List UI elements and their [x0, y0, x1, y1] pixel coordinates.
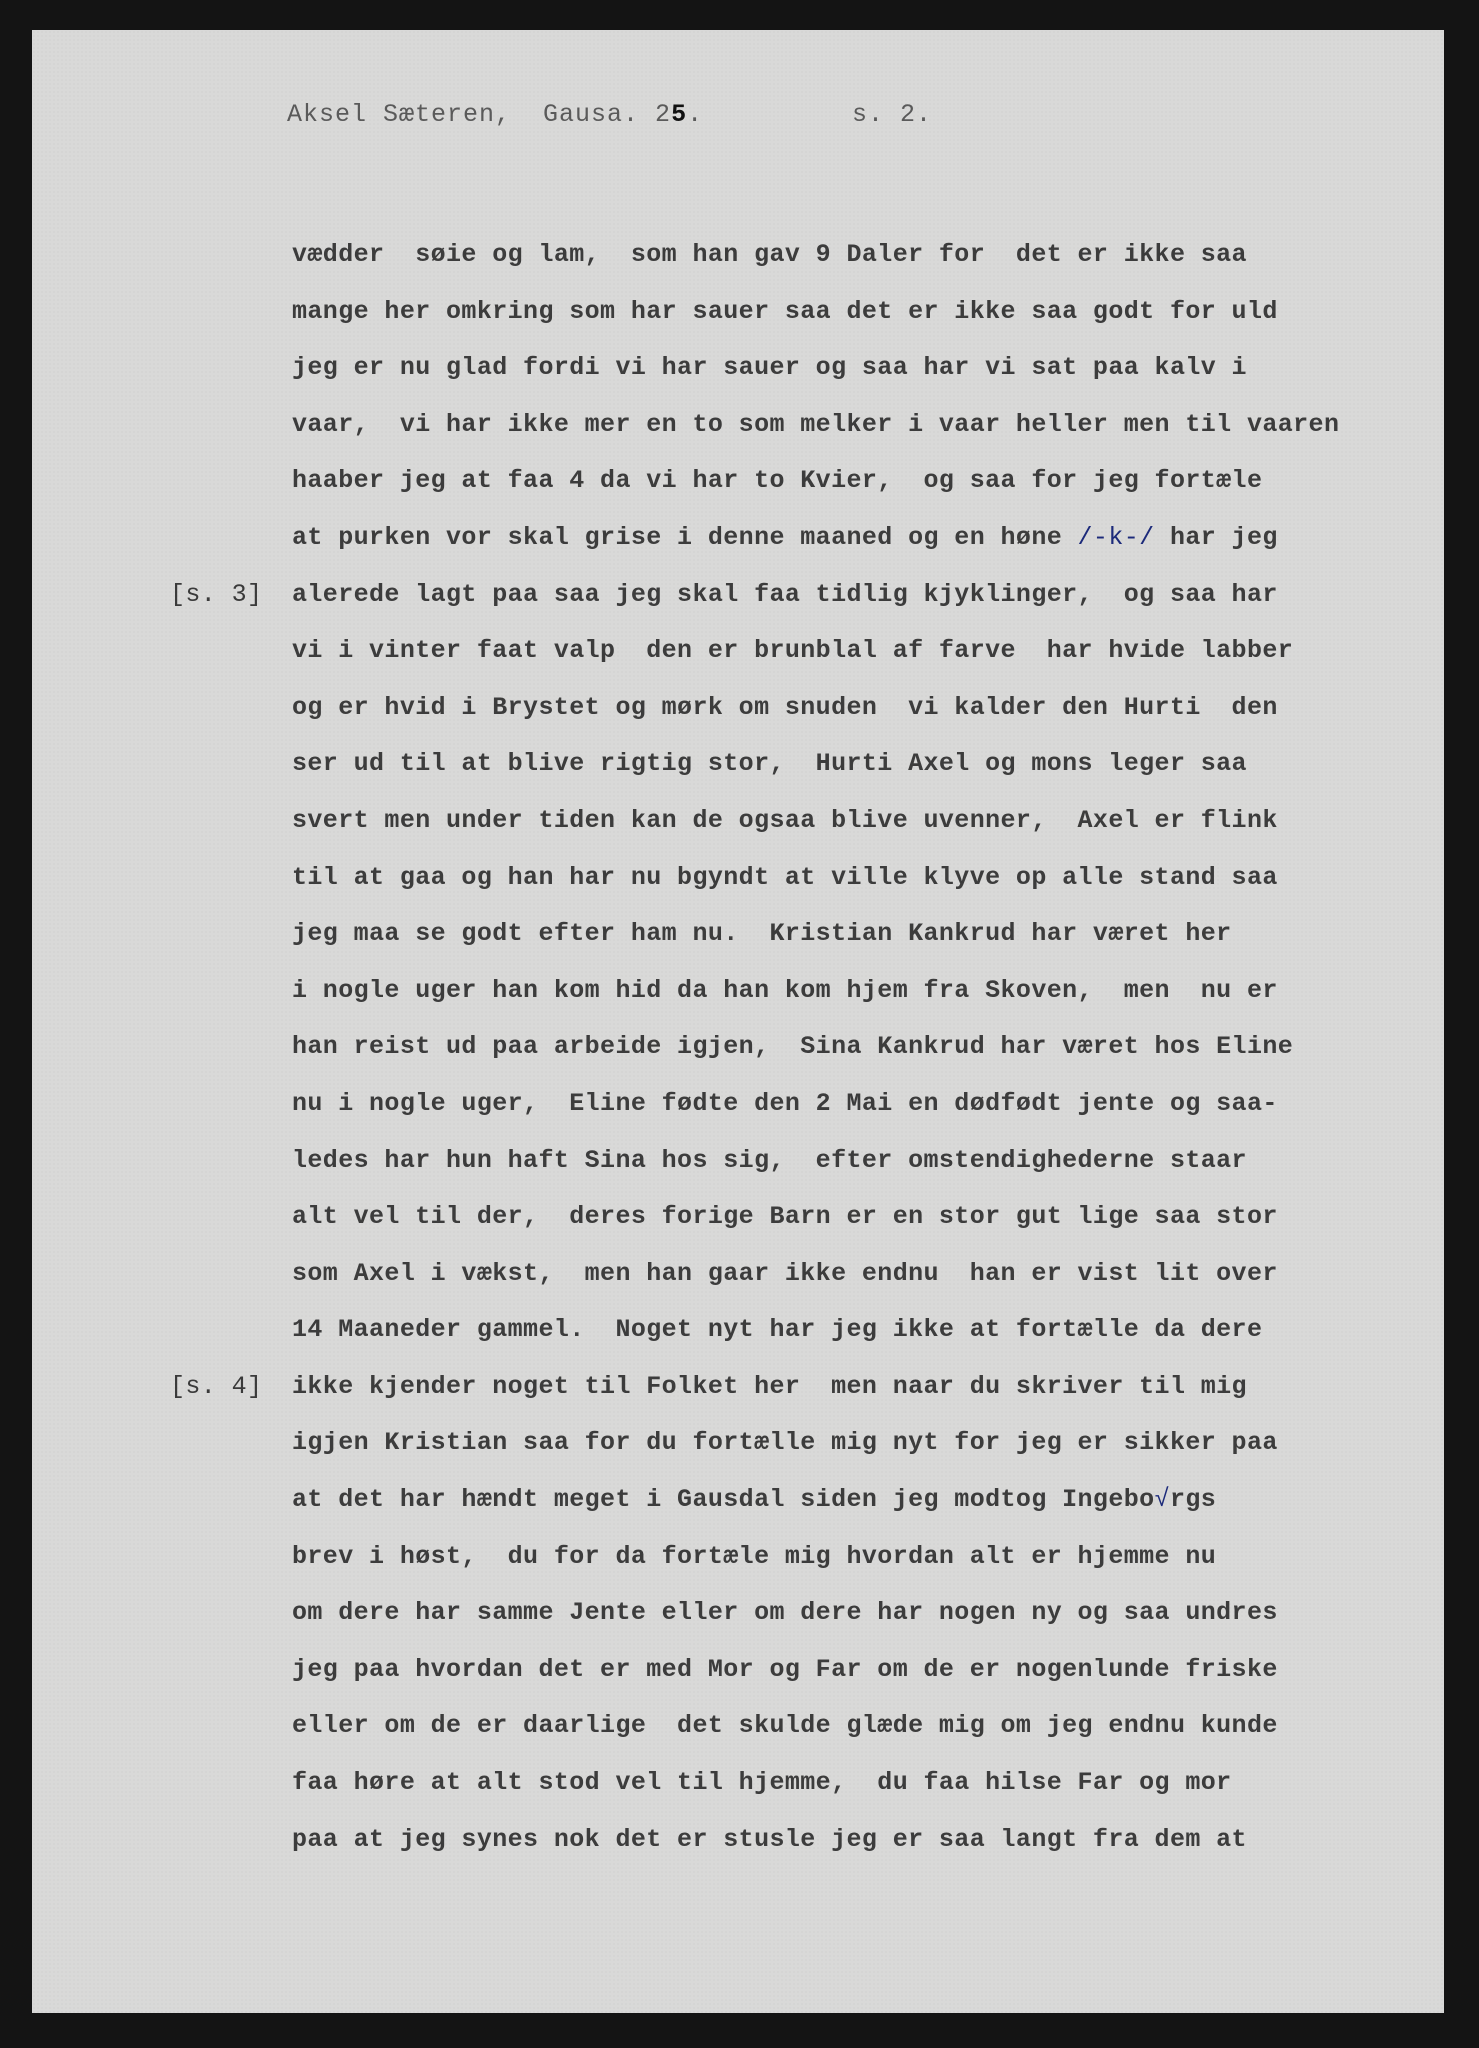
text-line: om dere har samme Jente eller om dere ha…	[292, 1596, 1472, 1653]
handwritten-number: 5	[671, 100, 687, 129]
line-text: alerede lagt paa saa jeg skal faa tidlig…	[292, 580, 1278, 609]
text-line: at purken vor skal grise i denne maaned …	[292, 521, 1472, 578]
line-text: eller om de er daarlige det skulde glæde…	[292, 1711, 1278, 1740]
text-line: jeg er nu glad fordi vi har sauer og saa…	[292, 351, 1472, 408]
line-text: at det har hændt meget i Gausdal siden j…	[292, 1485, 1155, 1514]
text-line: til at gaa og han har nu bgyndt at ville…	[292, 861, 1472, 918]
margin-page-note: [s. 3]	[170, 578, 262, 612]
line-text: om dere har samme Jente eller om dere ha…	[292, 1598, 1278, 1627]
line-text: nu i nogle uger, Eline fødte den 2 Mai e…	[292, 1089, 1278, 1118]
text-line: alt vel til der, deres forige Barn er en…	[292, 1200, 1472, 1257]
text-line: svert men under tiden kan de ogsaa blive…	[292, 804, 1472, 861]
line-text: mange her omkring som har sauer saa det …	[292, 297, 1278, 326]
line-text: vi i vinter faat valp den er brunblal af…	[292, 636, 1293, 665]
text-line: [s. 3]alerede lagt paa saa jeg skal faa …	[292, 578, 1472, 635]
handwritten-correction: √	[1155, 1485, 1170, 1514]
author-place: Aksel Sæteren, Gausa. 2	[287, 100, 671, 129]
line-text: jeg maa se godt efter ham nu. Kristian K…	[292, 919, 1232, 948]
text-line: mange her omkring som har sauer saa det …	[292, 295, 1472, 352]
text-line: ledes har hun haft Sina hos sig, efter o…	[292, 1144, 1472, 1201]
text-line: ser ud til at blive rigtig stor, Hurti A…	[292, 747, 1472, 804]
text-line: som Axel i vækst, men han gaar ikke endn…	[292, 1257, 1472, 1314]
document-page: Aksel Sæteren, Gausa. 25.s. 2. vædder sø…	[32, 30, 1444, 2013]
line-text: ledes har hun haft Sina hos sig, efter o…	[292, 1146, 1247, 1175]
text-line: 14 Maaneder gammel. Noget nyt har jeg ik…	[292, 1313, 1472, 1370]
line-text: ikke kjender noget til Folket her men na…	[292, 1372, 1247, 1401]
line-text: ser ud til at blive rigtig stor, Hurti A…	[292, 749, 1247, 778]
text-line: brev i høst, du for da fortæle mig hvord…	[292, 1540, 1472, 1597]
line-text: paa at jeg synes nok det er stusle jeg e…	[292, 1825, 1247, 1854]
line-text: svert men under tiden kan de ogsaa blive…	[292, 806, 1278, 835]
line-text: jeg paa hvordan det er med Mor og Far om…	[292, 1655, 1278, 1684]
line-text: vaar, vi har ikke mer en to som melker i…	[292, 410, 1339, 439]
text-line: vi i vinter faat valp den er brunblal af…	[292, 634, 1472, 691]
text-line: vaar, vi har ikke mer en to som melker i…	[292, 408, 1472, 465]
text-line: og er hvid i Brystet og mørk om snuden v…	[292, 691, 1472, 748]
line-text-after: rgs	[1170, 1485, 1216, 1514]
page-number: s. 2.	[852, 100, 932, 129]
line-text: at purken vor skal grise i denne maaned …	[292, 523, 1078, 552]
line-text: han reist ud paa arbeide igjen, Sina Kan…	[292, 1032, 1293, 1061]
text-line: igjen Kristian saa for du fortælle mig n…	[292, 1426, 1472, 1483]
letter-body: vædder søie og lam, som han gav 9 Daler …	[292, 238, 1472, 1879]
text-line: [s. 4]ikke kjender noget til Folket her …	[292, 1370, 1472, 1427]
line-text: alt vel til der, deres forige Barn er en…	[292, 1202, 1278, 1231]
text-line: paa at jeg synes nok det er stusle jeg e…	[292, 1823, 1472, 1880]
line-text: haaber jeg at faa 4 da vi har to Kvier, …	[292, 466, 1262, 495]
header-suffix: .	[687, 100, 703, 129]
line-text: i nogle uger han kom hid da han kom hjem…	[292, 976, 1278, 1005]
line-text: 14 Maaneder gammel. Noget nyt har jeg ik…	[292, 1315, 1262, 1344]
text-line: haaber jeg at faa 4 da vi har to Kvier, …	[292, 464, 1472, 521]
text-line: eller om de er daarlige det skulde glæde…	[292, 1709, 1472, 1766]
text-line: jeg paa hvordan det er med Mor og Far om…	[292, 1653, 1472, 1710]
line-text: igjen Kristian saa for du fortælle mig n…	[292, 1428, 1278, 1457]
line-text-after: har jeg	[1155, 523, 1278, 552]
handwritten-correction: /-k-/	[1078, 523, 1155, 552]
line-text: som Axel i vækst, men han gaar ikke endn…	[292, 1259, 1278, 1288]
line-text: og er hvid i Brystet og mørk om snuden v…	[292, 693, 1278, 722]
text-line: at det har hændt meget i Gausdal siden j…	[292, 1483, 1472, 1540]
line-text: brev i høst, du for da fortæle mig hvord…	[292, 1542, 1216, 1571]
text-line: i nogle uger han kom hid da han kom hjem…	[292, 974, 1472, 1031]
margin-page-note: [s. 4]	[170, 1370, 262, 1404]
line-text: til at gaa og han har nu bgyndt at ville…	[292, 863, 1278, 892]
page-header: Aksel Sæteren, Gausa. 25.s. 2.	[287, 100, 703, 129]
line-text: faa høre at alt stod vel til hjemme, du …	[292, 1768, 1232, 1797]
text-line: nu i nogle uger, Eline fødte den 2 Mai e…	[292, 1087, 1472, 1144]
text-line: han reist ud paa arbeide igjen, Sina Kan…	[292, 1030, 1472, 1087]
text-line: jeg maa se godt efter ham nu. Kristian K…	[292, 917, 1472, 974]
text-line: faa høre at alt stod vel til hjemme, du …	[292, 1766, 1472, 1823]
line-text: jeg er nu glad fordi vi har sauer og saa…	[292, 353, 1247, 382]
line-text: vædder søie og lam, som han gav 9 Daler …	[292, 240, 1247, 269]
text-line: vædder søie og lam, som han gav 9 Daler …	[292, 238, 1472, 295]
